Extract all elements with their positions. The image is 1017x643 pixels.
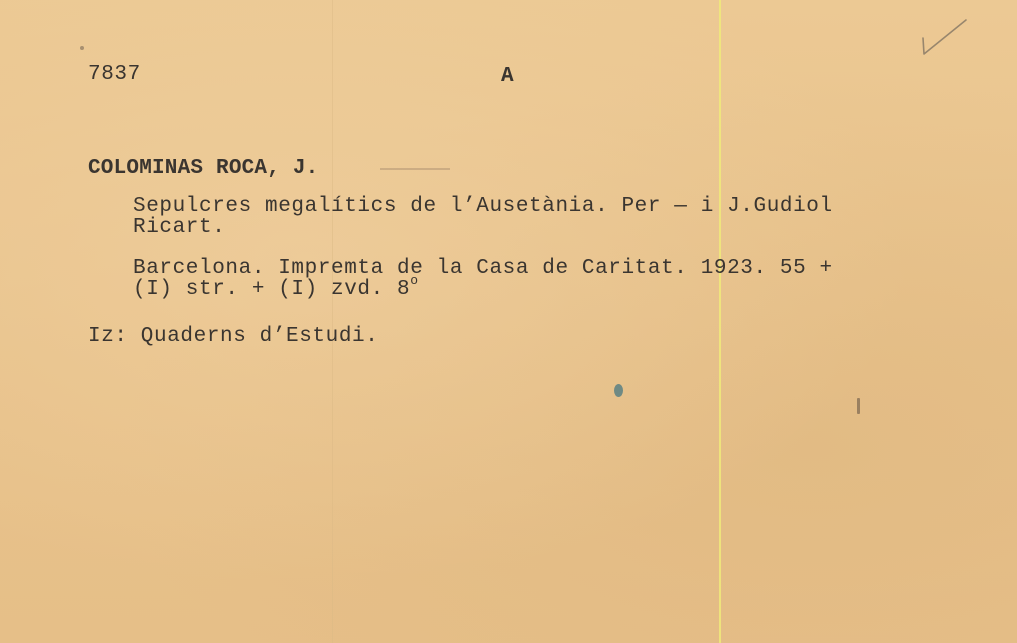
imprint-line-1: Barcelona. Impremta de la Casa de Carita…: [133, 258, 833, 280]
check-mark-icon: [918, 14, 973, 59]
typed-dash: [380, 168, 450, 170]
author-heading: COLOMINAS ROCA, J.: [88, 158, 318, 180]
title-line-1: Sepulcres megalítics de l’Ausetània. Per…: [133, 196, 833, 218]
vertical-guide-line: [719, 0, 721, 643]
filing-letter: A: [501, 66, 514, 88]
series-note: Iz: Quaderns d’Estudi.: [88, 326, 378, 348]
dust-speck: [80, 46, 84, 50]
pencil-mark: [857, 398, 860, 414]
catalog-card: 7837 A COLOMINAS ROCA, J. Sepulcres mega…: [0, 0, 1017, 643]
title-line-2: Ricart.: [133, 217, 225, 239]
card-number: 7837: [88, 64, 141, 86]
ink-spot: [614, 384, 623, 397]
format-superscript: o: [410, 273, 418, 288]
imprint-line-2-text: (I) str. + (I) zvd. 8: [133, 278, 410, 301]
faint-fold-line: [332, 0, 333, 643]
imprint-line-2: (I) str. + (I) zvd. 8o: [133, 279, 419, 302]
